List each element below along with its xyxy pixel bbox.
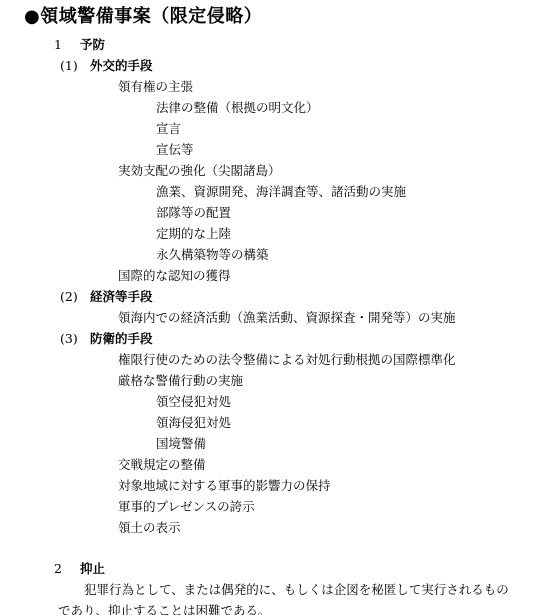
list-subitem: 定期的な上陸: [156, 226, 231, 242]
subsection-number: (2): [60, 289, 78, 305]
list-subitem: 宣言: [156, 121, 181, 137]
list-item: 領有権の主張: [118, 79, 193, 95]
list-subitem: 宣伝等: [156, 142, 194, 158]
subsection-heading: 外交的手段: [90, 58, 153, 74]
list-item: 領海内での経済活動（漁業活動、資源探査・開発等）の実施: [118, 310, 456, 326]
list-item: 交戦規定の整備: [118, 457, 206, 473]
paragraph-line: 犯罪行為として、または偶発的に、もしくは企図を秘匿して実行されるもの: [84, 582, 509, 598]
list-item: 厳格な警備行動の実施: [118, 373, 243, 389]
subsection-number: (3): [60, 331, 78, 347]
section-number: 1: [54, 37, 62, 53]
list-item: 権限行使のための法令整備による対処行動根拠の国際標準化: [118, 352, 456, 368]
section-heading: 予防: [80, 37, 105, 53]
section-number: 2: [54, 561, 62, 577]
list-subitem: 部隊等の配置: [156, 205, 231, 221]
subsection-heading: 経済等手段: [90, 289, 153, 305]
list-subitem: 領空侵犯対処: [156, 394, 231, 410]
subsection-number: (1): [60, 58, 78, 74]
list-subitem: 法律の整備（根拠の明文化）: [156, 100, 319, 116]
list-subitem: 領海侵犯対処: [156, 415, 231, 431]
list-item: 領土の表示: [118, 520, 181, 536]
list-subitem: 永久構築物等の構築: [156, 247, 269, 263]
list-subitem: 漁業、資源開発、海洋調査等、諸活動の実施: [156, 184, 406, 200]
list-subitem: 国境警備: [156, 436, 206, 452]
subsection-heading: 防衛的手段: [90, 331, 153, 347]
list-item: 実効支配の強化（尖閣諸島）: [118, 163, 281, 179]
paragraph-line: であり、抑止することは困難である。: [58, 603, 271, 615]
section-heading: 抑止: [80, 561, 105, 577]
document-title: ●領域警備事案（限定侵略）: [24, 2, 262, 28]
list-item: 国際的な認知の獲得: [118, 268, 231, 284]
list-item: 軍事的プレゼンスの誇示: [118, 499, 255, 515]
list-item: 対象地域に対する軍事的影響力の保持: [118, 478, 331, 494]
